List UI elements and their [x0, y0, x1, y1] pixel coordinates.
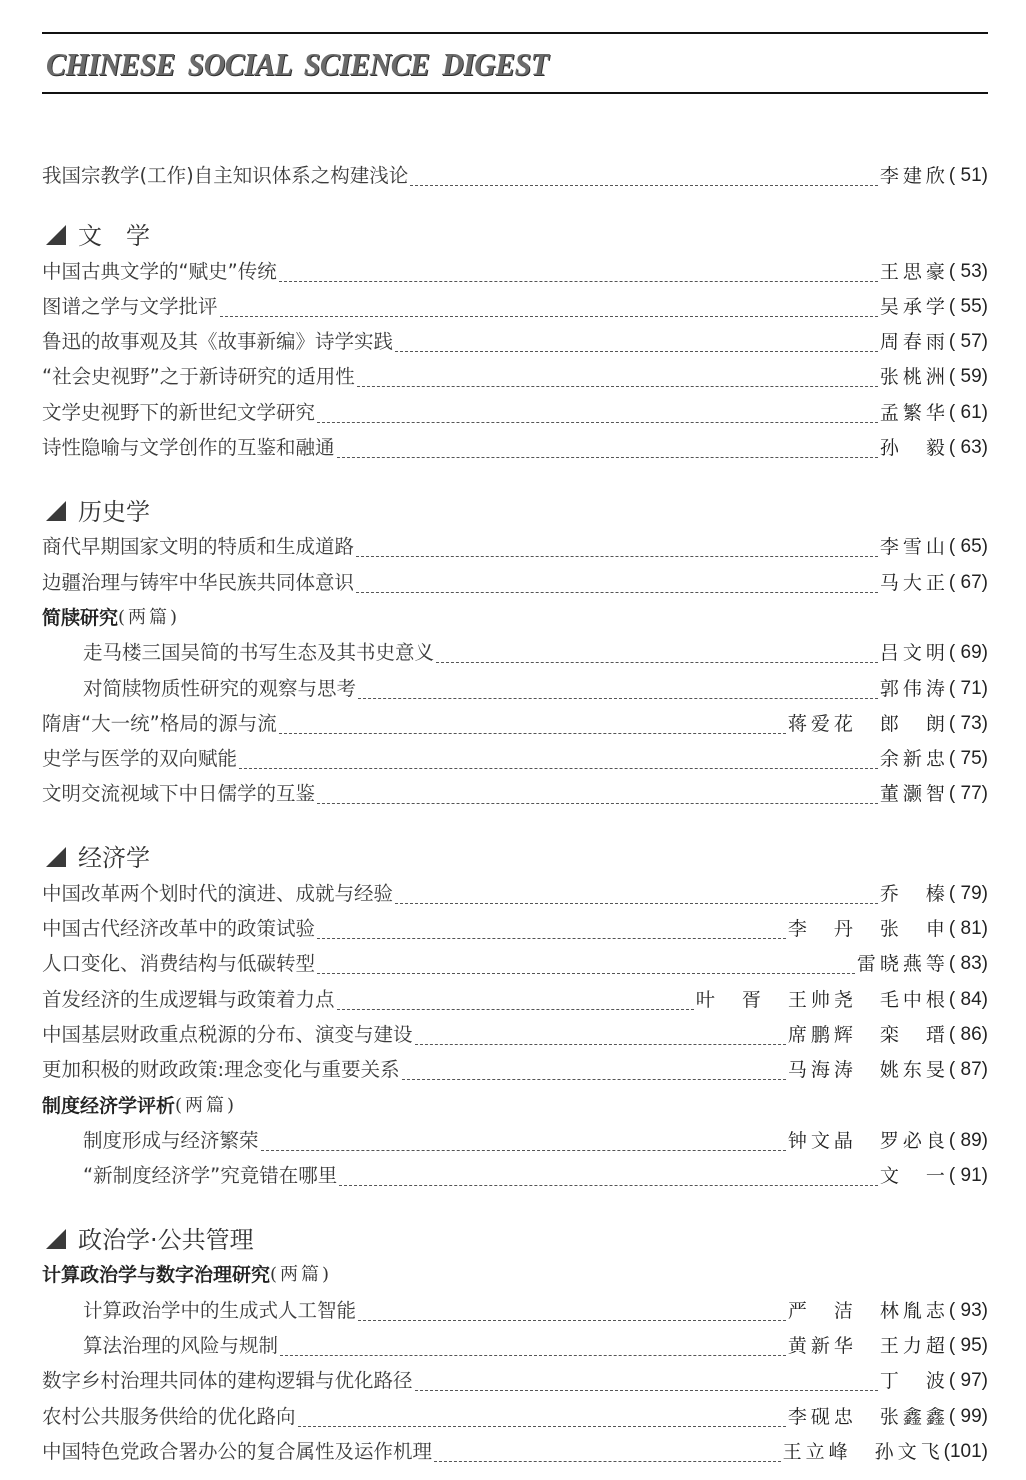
entry-author: 王思豪	[880, 259, 949, 287]
entry-author: 吕文明	[880, 640, 949, 668]
dot-leader	[358, 697, 878, 699]
dot-leader	[358, 1319, 786, 1321]
entry-author: 吴承学	[880, 294, 949, 322]
triangle-marker-icon	[46, 1229, 66, 1249]
entry-author: 孟繁华	[880, 400, 949, 428]
entry-title: 史学与医学的双向赋能	[42, 746, 237, 774]
toc-entry[interactable]: 诗性隐喻与文学创作的互鉴和融通 孙 毅 ( 63)	[42, 428, 988, 463]
section-heading-economics: 经济学	[42, 829, 988, 873]
masthead-bottom-rule	[42, 92, 988, 94]
entry-title: 边疆治理与铸牢中华民族共同体意识	[42, 570, 354, 598]
toc-entry[interactable]: 首发经济的生成逻辑与政策着力点 叶 胥 王帅尧 毛中根 ( 84)	[42, 979, 988, 1014]
dot-leader	[279, 280, 878, 282]
entry-page: ( 57)	[949, 329, 988, 357]
entry-author: 雷晓燕等	[857, 951, 949, 979]
subgroup-label: 简牍研究	[42, 605, 118, 633]
entry-title: 隋唐“大一统”格局的源与流	[42, 711, 277, 739]
entry-author: 余新忠	[880, 746, 949, 774]
entry-author: 钟文晶 罗必良	[788, 1128, 949, 1156]
entry-page: ( 97)	[949, 1368, 988, 1396]
entry-title: 诗性隐喻与文学创作的互鉴和融通	[42, 435, 335, 463]
entry-author: 严 洁 林胤志	[788, 1298, 949, 1326]
dot-leader	[339, 1184, 878, 1186]
dot-leader	[280, 1354, 786, 1356]
toc-entry[interactable]: 中国基层财政重点税源的分布、演变与建设 席鹏辉 栾 瑨 ( 86)	[42, 1015, 988, 1050]
entry-title: 鲁迅的故事观及其《故事新编》诗学实践	[42, 329, 393, 357]
entry-title: 中国特色党政合署办公的复合属性及运作机理	[42, 1439, 432, 1467]
entry-title: 走马楼三国吴简的书写生态及其书史意义	[42, 640, 434, 668]
entry-page: ( 59)	[949, 364, 988, 392]
entry-page: ( 61)	[949, 400, 988, 428]
toc-entry[interactable]: 中国古代经济改革中的政策试验 李 丹 张 申 ( 81)	[42, 909, 988, 944]
entry-author: 蒋爱花 郎 朗	[788, 711, 949, 739]
entry-title: 中国基层财政重点税源的分布、演变与建设	[42, 1022, 413, 1050]
dot-leader	[317, 802, 878, 804]
section-heading-literature: 文 学	[42, 207, 988, 251]
entry-author: 郭伟涛	[880, 676, 949, 704]
toc-entry[interactable]: 人口变化、消费结构与低碳转型 雷晓燕等 ( 83)	[42, 944, 988, 979]
entry-title: 中国古典文学的“赋史”传统	[42, 259, 277, 287]
toc-entry[interactable]: “社会史视野”之于新诗研究的适用性 张桃洲 ( 59)	[42, 357, 988, 392]
section-label: 经济学	[78, 843, 150, 873]
entry-author: 李 丹 张 申	[788, 916, 949, 944]
entry-page: ( 86)	[949, 1022, 988, 1050]
dot-leader	[415, 1043, 786, 1045]
entry-title: 农村公共服务供给的优化路向	[42, 1404, 296, 1432]
dot-leader	[402, 1078, 786, 1080]
entry-page: (101)	[944, 1439, 988, 1467]
entry-title: 数字乡村治理共同体的建构逻辑与优化路径	[42, 1368, 413, 1396]
entry-title: 算法治理的风险与规制	[42, 1333, 278, 1361]
toc-entry[interactable]: 对简牍物质性研究的观察与思考 郭伟涛 ( 71)	[42, 668, 988, 703]
subgroup-note: (两篇)	[270, 1262, 332, 1290]
dot-leader	[239, 767, 878, 769]
dot-leader	[395, 350, 878, 352]
entry-page: ( 99)	[949, 1404, 988, 1432]
entry-page: ( 53)	[949, 259, 988, 287]
toc-entry[interactable]: 计算政治学中的生成式人工智能 严 洁 林胤志 ( 93)	[42, 1290, 988, 1325]
dot-leader	[220, 315, 878, 317]
subgroup-heading: 简牍研究 (两篇)	[42, 598, 988, 633]
toc-entry[interactable]: 中国改革两个划时代的演进、成就与经验 乔 榛 ( 79)	[42, 873, 988, 908]
entry-author: 李砚忠 张鑫鑫	[788, 1404, 949, 1432]
subgroup-heading: 计算政治学与数字治理研究 (两篇)	[42, 1255, 988, 1290]
dot-leader	[356, 591, 878, 593]
dot-leader	[337, 456, 878, 458]
toc-entry[interactable]: 商代早期国家文明的特质和生成道路 李雪山 ( 65)	[42, 527, 988, 562]
entry-page: ( 75)	[949, 746, 988, 774]
toc-entry[interactable]: 数字乡村治理共同体的建构逻辑与优化路径 丁 波 ( 97)	[42, 1361, 988, 1396]
toc-entry[interactable]: 隋唐“大一统”格局的源与流 蒋爱花 郎 朗 ( 73)	[42, 704, 988, 739]
entry-page: ( 69)	[949, 640, 988, 668]
toc-entry[interactable]: 中国特色党政合署办公的复合属性及运作机理 王立峰 孙文飞 (101)	[42, 1432, 988, 1467]
entry-title: 首发经济的生成逻辑与政策着力点	[42, 987, 335, 1015]
toc-entry[interactable]: 史学与医学的双向赋能 余新忠 ( 75)	[42, 739, 988, 774]
entry-title: 人口变化、消费结构与低碳转型	[42, 951, 315, 979]
entry-title: 图谱之学与文学批评	[42, 294, 218, 322]
entry-page: ( 87)	[949, 1057, 988, 1085]
dot-leader	[395, 902, 878, 904]
section-heading-politics: 政治学·公共管理	[42, 1211, 988, 1255]
entry-page: ( 71)	[949, 676, 988, 704]
entry-author: 张桃洲	[880, 364, 949, 392]
entry-page: ( 81)	[949, 916, 988, 944]
entry-page: ( 65)	[949, 534, 988, 562]
toc-entry[interactable]: 更加积极的财政政策:理念变化与重要关系 马海涛 姚东旻 ( 87)	[42, 1050, 988, 1085]
toc-entry[interactable]: 文明交流视域下中日儒学的互鉴 董灏智 ( 77)	[42, 774, 988, 809]
entry-page: ( 93)	[949, 1298, 988, 1326]
dot-leader	[410, 184, 878, 186]
masthead: CHINESE SOCIAL SCIENCE DIGEST	[42, 32, 988, 95]
entry-page: ( 89)	[949, 1128, 988, 1156]
entry-page: ( 67)	[949, 570, 988, 598]
entry-page: ( 51)	[949, 163, 988, 191]
entry-author: 李建欣	[880, 163, 949, 191]
entry-title: 制度形成与经济繁荣	[42, 1128, 259, 1156]
subgroup-note: (两篇)	[118, 605, 180, 633]
subgroup-note: (两篇)	[175, 1093, 237, 1121]
entry-title: 商代早期国家文明的特质和生成道路	[42, 534, 354, 562]
entry-title: “社会史视野”之于新诗研究的适用性	[42, 364, 355, 392]
triangle-marker-icon	[46, 225, 66, 245]
entry-author: 马海涛 姚东旻	[788, 1057, 949, 1085]
entry-author: 马大正	[880, 570, 949, 598]
toc-entry[interactable]: 农村公共服务供给的优化路向 李砚忠 张鑫鑫 ( 99)	[42, 1396, 988, 1431]
toc-entry[interactable]: 边疆治理与铸牢中华民族共同体意识 马大正 ( 67)	[42, 562, 988, 597]
entry-page: ( 73)	[949, 711, 988, 739]
entry-author: 叶 胥 王帅尧 毛中根	[696, 987, 949, 1015]
table-of-contents: 我国宗教学(工作)自主知识体系之构建浅论 李建欣 ( 51) 文 学 中国古典文…	[42, 156, 988, 1467]
dot-leader	[298, 1425, 786, 1427]
dot-leader	[415, 1389, 878, 1391]
dot-leader	[279, 732, 786, 734]
entry-title: 中国古代经济改革中的政策试验	[42, 916, 315, 944]
triangle-marker-icon	[46, 847, 66, 867]
section-label: 历史学	[78, 497, 150, 527]
entry-author: 董灏智	[880, 781, 949, 809]
entry-page: ( 84)	[949, 987, 988, 1015]
entry-author: 李雪山	[880, 534, 949, 562]
subgroup-label: 计算政治学与数字治理研究	[42, 1262, 270, 1290]
section-label: 政治学·公共管理	[78, 1225, 254, 1255]
dot-leader	[436, 661, 878, 663]
entry-page: ( 79)	[949, 881, 988, 909]
entry-title: 计算政治学中的生成式人工智能	[42, 1298, 356, 1326]
toc-entry[interactable]: 图谱之学与文学批评 吴承学 ( 55)	[42, 287, 988, 322]
journal-title: CHINESE SOCIAL SCIENCE DIGEST	[46, 46, 548, 83]
entry-author: 丁 波	[880, 1368, 949, 1396]
entry-title: 对简牍物质性研究的观察与思考	[42, 676, 356, 704]
entry-author: 周春雨	[880, 329, 949, 357]
entry-page: ( 91)	[949, 1163, 988, 1191]
entry-page: ( 83)	[949, 951, 988, 979]
dot-leader	[357, 385, 878, 387]
entry-page: ( 63)	[949, 435, 988, 463]
dot-leader	[317, 972, 855, 974]
section-label: 文 学	[78, 221, 150, 251]
entry-author: 黄新华 王力超	[788, 1333, 949, 1361]
toc-entry[interactable]: 鲁迅的故事观及其《故事新编》诗学实践 周春雨 ( 57)	[42, 322, 988, 357]
dot-leader	[337, 1008, 694, 1010]
toc-entry[interactable]: “新制度经济学”究竟错在哪里 文 一 ( 91)	[42, 1156, 988, 1191]
toc-entry[interactable]: 制度形成与经济繁荣 钟文晶 罗必良 ( 89)	[42, 1121, 988, 1156]
entry-page: ( 77)	[949, 781, 988, 809]
toc-entry[interactable]: 中国古典文学的“赋史”传统 王思豪 ( 53)	[42, 251, 988, 286]
entry-title: 中国改革两个划时代的演进、成就与经验	[42, 881, 393, 909]
subgroup-label: 制度经济学评析	[42, 1093, 175, 1121]
entry-title: 文学史视野下的新世纪文学研究	[42, 400, 315, 428]
entry-page: ( 55)	[949, 294, 988, 322]
dot-leader	[434, 1460, 781, 1462]
toc-entry[interactable]: 文学史视野下的新世纪文学研究 孟繁华 ( 61)	[42, 392, 988, 427]
dot-leader	[261, 1149, 786, 1151]
section-heading-history: 历史学	[42, 483, 988, 527]
entry-page: ( 95)	[949, 1333, 988, 1361]
subgroup-heading: 制度经济学评析 (两篇)	[42, 1085, 988, 1120]
entry-title: 我国宗教学(工作)自主知识体系之构建浅论	[42, 163, 408, 191]
toc-entry[interactable]: 走马楼三国吴简的书写生态及其书史意义 吕文明 ( 69)	[42, 633, 988, 668]
entry-title: “新制度经济学”究竟错在哪里	[42, 1163, 337, 1191]
entry-author: 孙 毅	[880, 435, 949, 463]
triangle-marker-icon	[46, 501, 66, 521]
masthead-top-rule	[42, 32, 988, 34]
entry-author: 王立峰 孙文飞	[783, 1439, 944, 1467]
entry-author: 文 一	[880, 1163, 949, 1191]
toc-entry[interactable]: 我国宗教学(工作)自主知识体系之构建浅论 李建欣 ( 51)	[42, 156, 988, 191]
entry-title: 更加积极的财政政策:理念变化与重要关系	[42, 1057, 400, 1085]
entry-author: 席鹏辉 栾 瑨	[788, 1022, 949, 1050]
dot-leader	[356, 555, 878, 557]
dot-leader	[317, 937, 786, 939]
dot-leader	[317, 421, 878, 423]
entry-author: 乔 榛	[880, 881, 949, 909]
entry-title: 文明交流视域下中日儒学的互鉴	[42, 781, 315, 809]
toc-entry[interactable]: 算法治理的风险与规制 黄新华 王力超 ( 95)	[42, 1326, 988, 1361]
